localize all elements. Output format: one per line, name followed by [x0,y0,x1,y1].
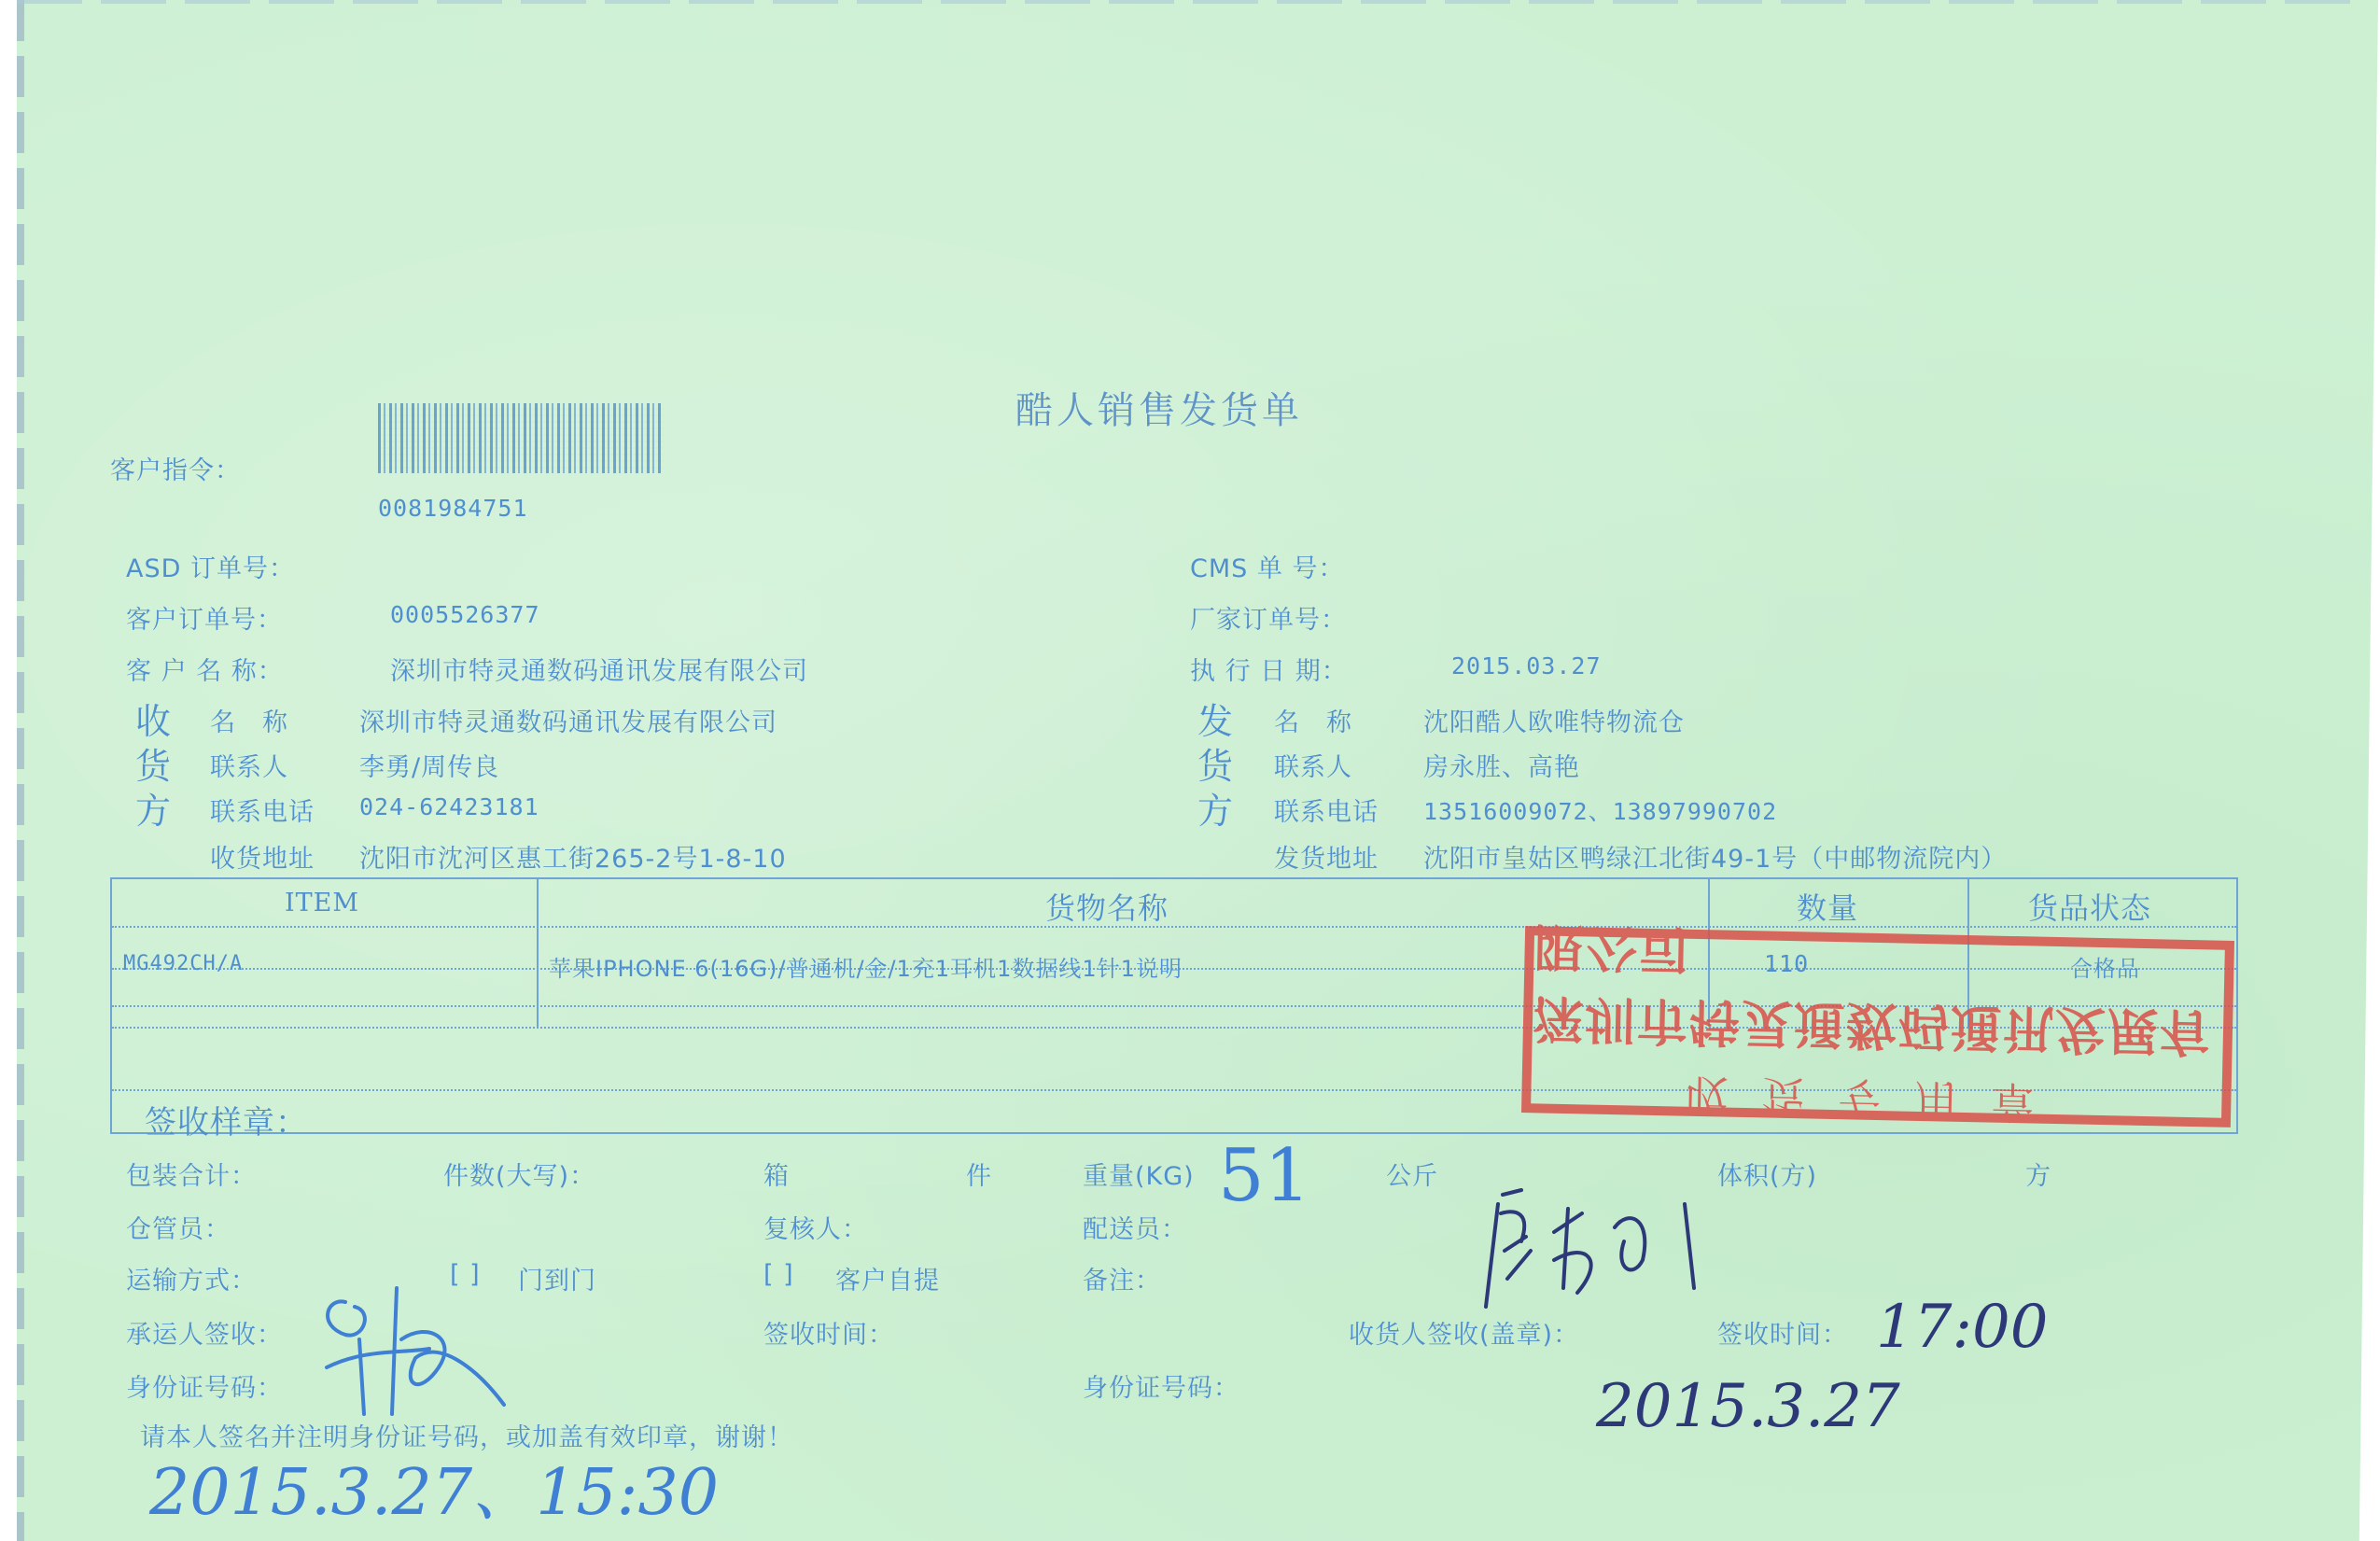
barcode-number: 0081984751 [378,495,528,522]
receiver-phone-value: 024-62423181 [359,793,539,820]
package-total-label: 包装合计： [126,1156,257,1192]
carrier-sign-time-label: 签收时间： [763,1314,894,1351]
handwritten-weight: 51 [1218,1134,1310,1218]
customer-order-value: 0005526377 [390,601,540,628]
remarks-label: 备注： [1083,1260,1161,1296]
volume-unit-label: 方 [2025,1156,2051,1192]
carrier-id-label: 身份证号码： [126,1367,283,1404]
column-header-goods-name: 货物名称 [1045,885,1169,928]
sender-phone-value: 13516009072、13897990702 [1423,793,1777,827]
barcode-icon [378,403,663,473]
customer-instruction-label: 客户指令： [110,450,241,486]
customer-name-label: 客 户 名 称： [126,651,284,687]
box-label: 箱 [763,1156,790,1192]
cms-number-label: CMS 单 号： [1190,548,1344,584]
row-goods-name: 苹果IPHONE 6(16G)/普通机/金/1充1耳机1数据线1针1说明 [549,950,1183,983]
asd-order-label: ASD 订单号： [126,548,295,584]
self-pickup-checkbox[interactable]: [ ] [763,1260,794,1289]
row-item-code: MG492CH/A [123,952,243,975]
receipt-stamp: 收货专用章 深圳市特灵通数码通讯发展有限公司 [1521,926,2234,1128]
receiver-side-char-2: 货 [135,737,172,789]
receiver-name-value: 深圳市特灵通数码通讯发展有限公司 [359,702,777,738]
carrier-sign-label: 承运人签收： [126,1314,283,1351]
carrier-handwritten-datetime: 2015.3.27、15:30 [149,1442,719,1533]
stamp-line-2: 深圳市特灵通数码通讯发展有限公司 [1532,914,2225,1072]
delivery-person-label: 配送员： [1083,1209,1187,1245]
piece-count-label: 件数(大写)： [443,1156,595,1192]
receiver-contact-label: 联系人 [210,747,288,783]
warehouse-keeper-label: 仓管员： [126,1209,231,1245]
reviewer-label: 复核人： [763,1209,868,1245]
execution-date-value: 2015.03.27 [1451,652,1602,679]
document-title: 酷人销售发货单 [1015,381,1303,434]
receiver-side-char-1: 收 [135,693,172,744]
column-header-status: 货品状态 [2028,885,2151,928]
sender-name-value: 沈阳酷人欧唯特物流仓 [1423,702,1685,738]
column-header-item: ITEM [285,889,359,918]
receiver-contact-value: 李勇/周传良 [359,747,499,783]
receiver-name-label: 名 称 [210,702,288,738]
receiver-handwritten-date: 2015.3.27 [1596,1372,1900,1441]
receiver-address-label: 收货地址 [210,838,315,875]
receiver-address-value: 沈阳市沈河区惠工街265-2号1-8-10 [359,838,787,875]
receiver-id-label: 身份证号码： [1083,1367,1239,1404]
self-pickup-label: 客户自提 [835,1260,940,1296]
sender-phone-label: 联系电话 [1274,792,1379,828]
sender-side-char-1: 发 [1197,693,1234,744]
carrier-signature-scribble [308,1283,532,1423]
receiver-signature-scribble [1475,1185,1783,1316]
customer-order-label: 客户订单号： [126,599,283,636]
stamp-line-1: 收货专用章 [1685,1067,2068,1137]
sender-contact-value: 房永胜、高艳 [1423,747,1580,783]
weight-label: 重量(KG) [1083,1156,1195,1192]
execution-date-label: 执 行 日 期： [1190,651,1348,687]
kg-unit-label: 公斤 [1386,1156,1438,1192]
sender-side-char-2: 货 [1197,737,1234,789]
sender-address-label: 发货地址 [1274,838,1379,875]
receiver-phone-label: 联系电话 [210,792,315,828]
receiver-side-char-3: 方 [135,782,172,834]
receiver-signature [1475,1185,1783,1320]
sign-sample-label: 签收样章： [145,1097,308,1142]
perforation-left [17,0,24,1541]
sender-side-char-3: 方 [1197,782,1234,834]
carrier-signature [308,1283,532,1427]
sender-address-value: 沈阳市皇姑区鸭绿江北街49-1号（中邮物流院内） [1423,838,2007,875]
manufacturer-order-label: 厂家订单号： [1190,599,1347,636]
perforation-top [17,0,2359,4]
customer-name-value: 深圳市特灵通数码通讯发展有限公司 [390,651,808,687]
piece-label: 件 [966,1156,992,1192]
transport-label: 运输方式： [126,1260,257,1296]
receiver-handwritten-time: 17:00 [1876,1293,2048,1362]
sender-name-label: 名 称 [1274,702,1352,738]
sender-contact-label: 联系人 [1274,747,1352,783]
